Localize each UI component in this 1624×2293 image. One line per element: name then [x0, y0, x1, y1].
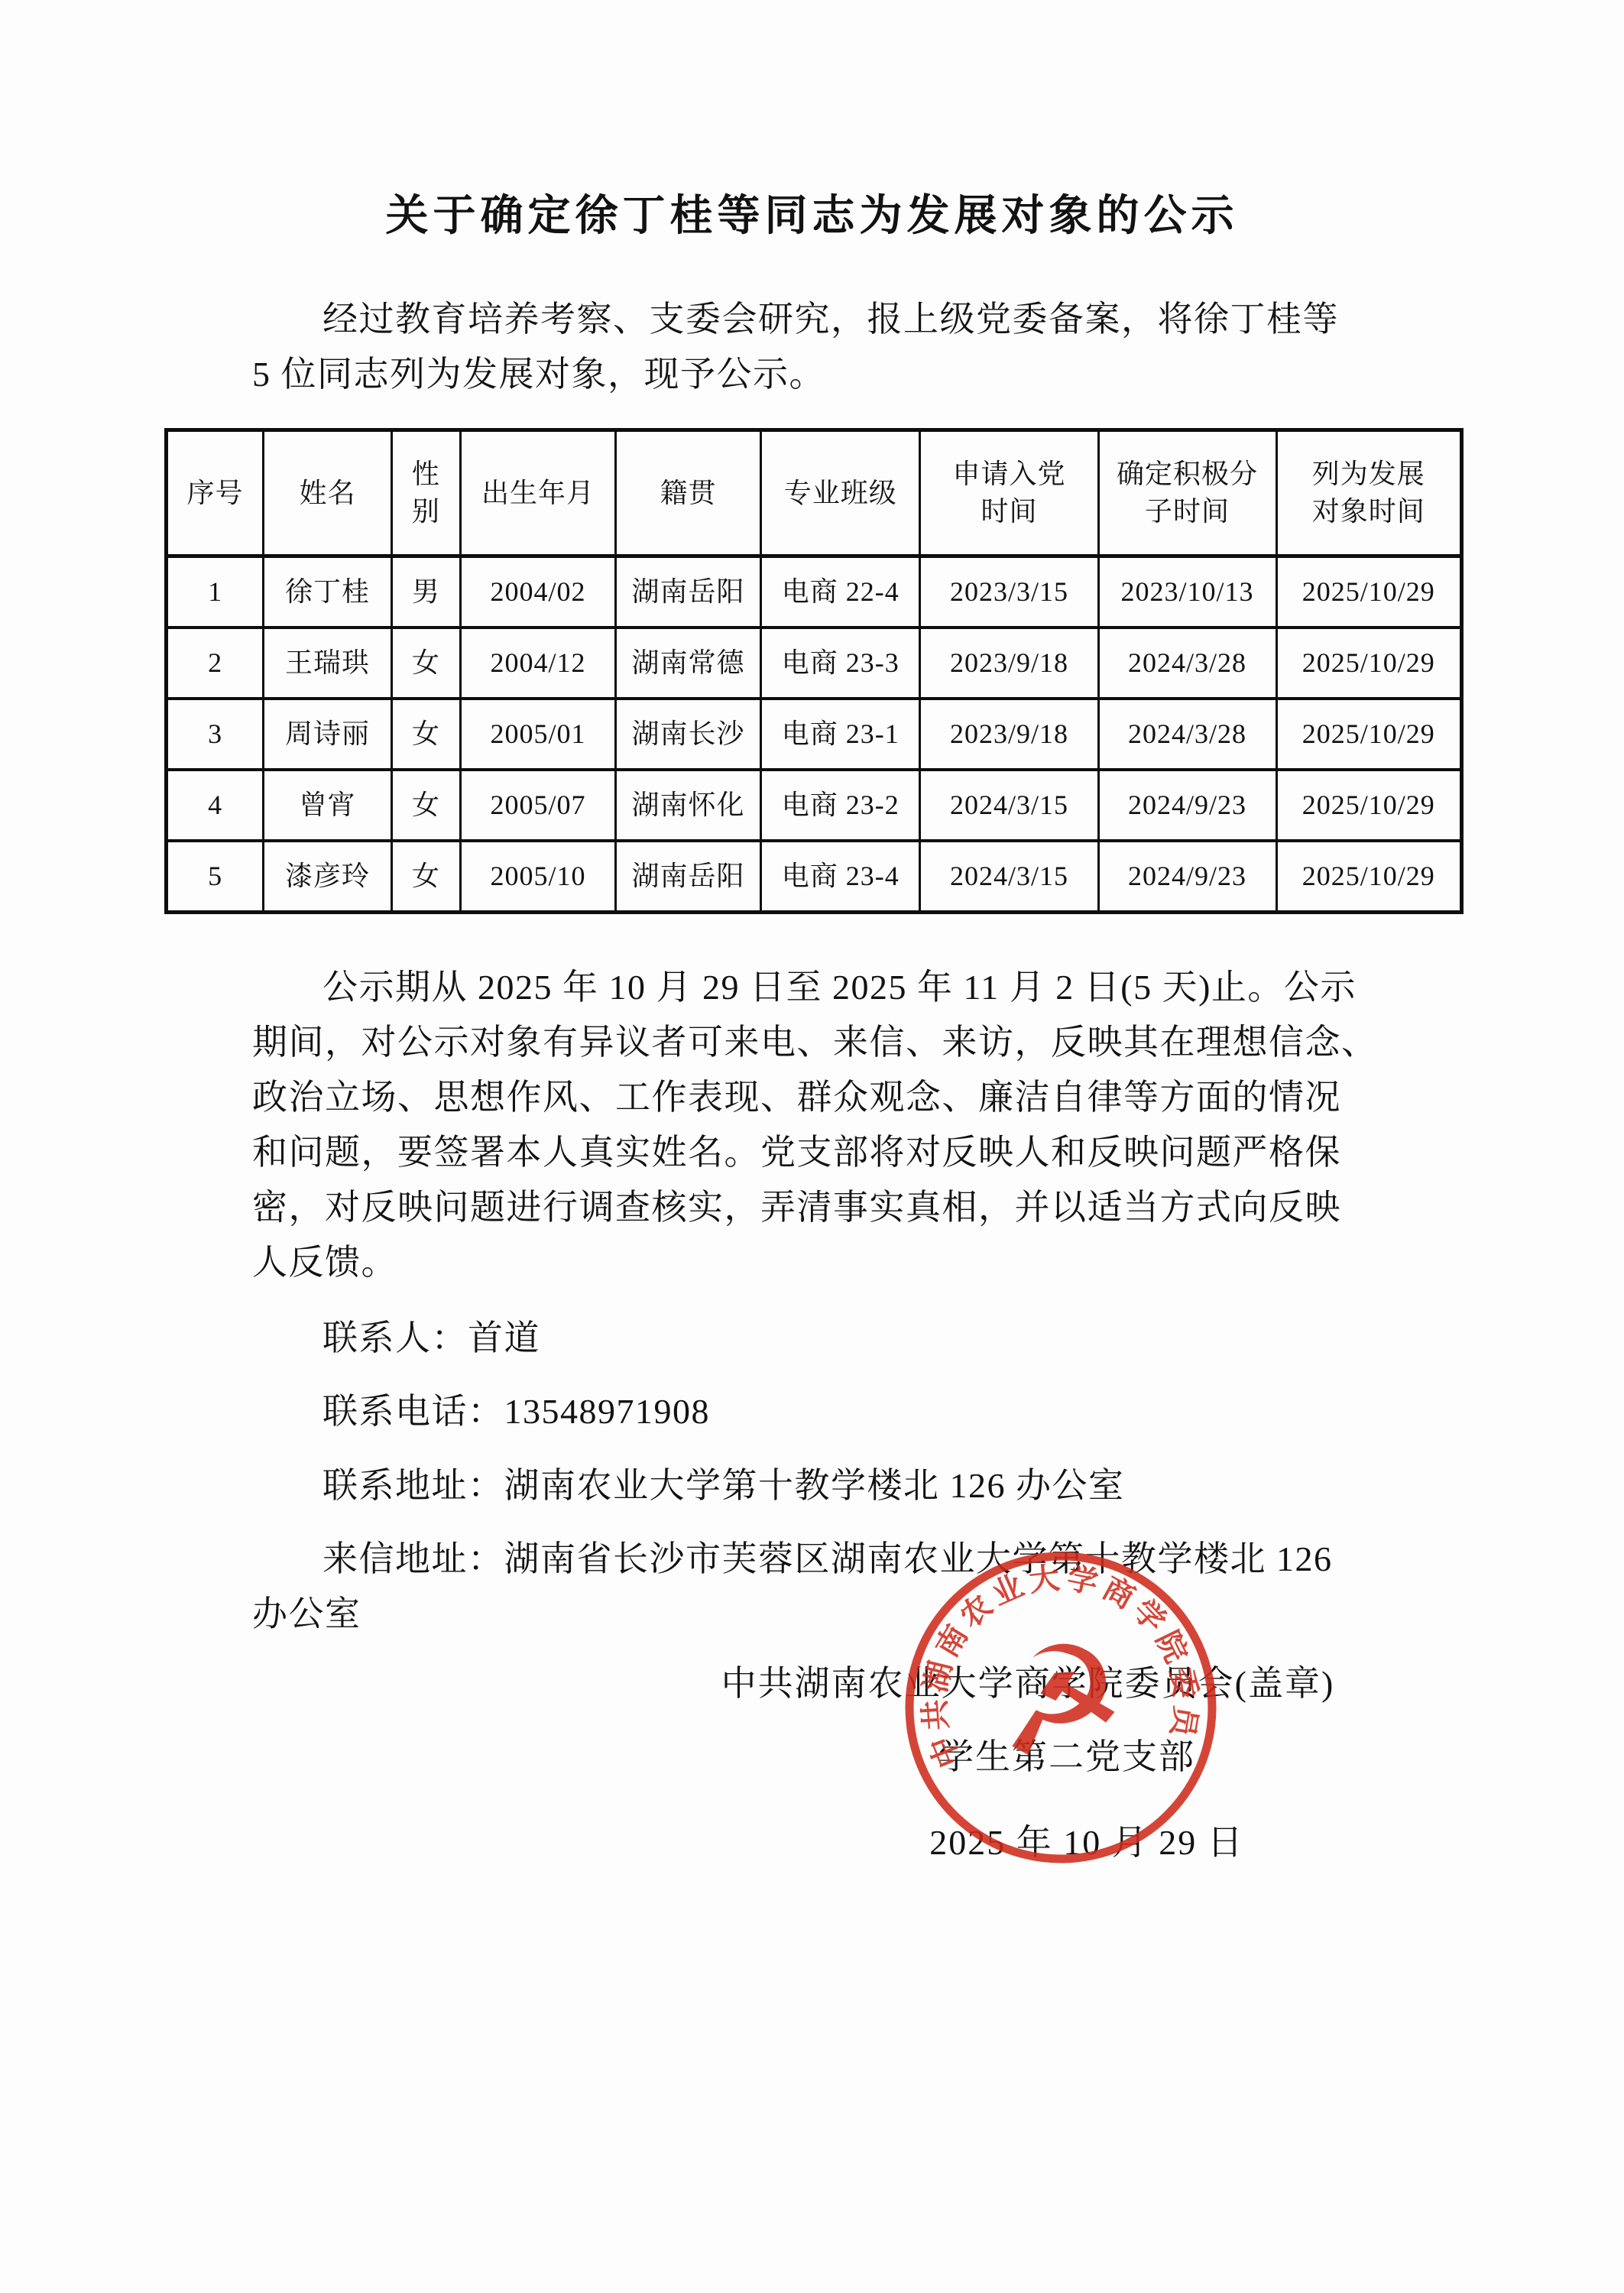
table-cell: 湖南常德	[616, 628, 761, 699]
table-cell: 女	[391, 770, 460, 841]
table-header-row: 序号姓名性 别出生年月籍贯专业班级申请入党 时间确定积极分 子时间列为发展 对象…	[167, 430, 1462, 556]
table-cell: 2024/3/28	[1098, 699, 1276, 770]
table-cell: 2005/07	[460, 770, 615, 841]
table-cell: 曾宵	[264, 770, 392, 841]
contact-address-line: 联系地址：湖南农业大学第十教学楼北 126 办公室	[252, 1464, 1125, 1508]
table-header-cell: 性 别	[391, 430, 460, 556]
table-cell: 2024/9/23	[1098, 841, 1276, 913]
signature-branch-line: 学生第二党支部	[938, 1729, 1195, 1779]
table-cell: 湖南岳阳	[616, 556, 761, 628]
table-cell: 5	[167, 841, 264, 913]
table-cell: 2004/12	[460, 628, 615, 699]
table-cell: 2005/10	[460, 841, 615, 913]
table-header-cell: 申请入党 时间	[920, 430, 1098, 556]
table-row: 2王瑞珙女2004/12湖南常德电商 23-32023/9/182024/3/2…	[167, 628, 1462, 699]
table-cell: 王瑞珙	[264, 628, 392, 699]
table-cell: 2024/3/15	[920, 770, 1098, 841]
table-cell: 徐丁桂	[264, 556, 392, 628]
table-cell: 3	[167, 699, 264, 770]
table-header-cell: 姓名	[264, 430, 392, 556]
table-cell: 2	[167, 628, 264, 699]
table-cell: 男	[391, 556, 460, 628]
roster-table-body: 1徐丁桂男2004/02湖南岳阳电商 22-42023/3/152023/10/…	[167, 556, 1462, 913]
table-header-cell: 确定积极分 子时间	[1098, 430, 1276, 556]
mail-address-paragraph: 来信地址：湖南省长沙市芙蓉区湖南农业大学第十教学楼北 126 办公室	[252, 1532, 1414, 1642]
table-cell: 2024/3/28	[1098, 628, 1276, 699]
table-header-cell: 专业班级	[760, 430, 919, 556]
page-title: 关于确定徐丁桂等同志为发展对象的公示	[0, 182, 1624, 243]
roster-table: 序号姓名性 别出生年月籍贯专业班级申请入党 时间确定积极分 子时间列为发展 对象…	[164, 428, 1464, 914]
table-cell: 女	[391, 841, 460, 913]
contact-person-line: 联系人：首道	[252, 1316, 540, 1361]
table-cell: 电商 23-1	[760, 699, 919, 770]
table-cell: 湖南怀化	[616, 770, 761, 841]
table-cell: 电商 23-4	[760, 841, 919, 913]
intro-paragraph: 经过教育培养考察、支委会研究，报上级党委备案，将徐丁桂等 5 位同志列为发展对象…	[252, 292, 1399, 402]
table-cell: 周诗丽	[264, 699, 392, 770]
table-cell: 2025/10/29	[1276, 556, 1461, 628]
table-row: 1徐丁桂男2004/02湖南岳阳电商 22-42023/3/152023/10/…	[167, 556, 1462, 628]
table-cell: 电商 23-2	[760, 770, 919, 841]
table-cell: 湖南长沙	[616, 699, 761, 770]
table-cell: 2025/10/29	[1276, 770, 1461, 841]
table-header-cell: 出生年月	[460, 430, 615, 556]
table-header-cell: 籍贯	[616, 430, 761, 556]
roster-table-head: 序号姓名性 别出生年月籍贯专业班级申请入党 时间确定积极分 子时间列为发展 对象…	[167, 430, 1462, 556]
table-cell: 2024/3/15	[920, 841, 1098, 913]
table-cell: 2025/10/29	[1276, 841, 1461, 913]
table-cell: 1	[167, 556, 264, 628]
table-row: 3周诗丽女2005/01湖南长沙电商 23-12023/9/182024/3/2…	[167, 699, 1462, 770]
table-cell: 4	[167, 770, 264, 841]
notice-paragraph: 公示期从 2025 年 10 月 29 日至 2025 年 11 月 2 日(5…	[252, 960, 1399, 1290]
table-row: 4曾宵女2005/07湖南怀化电商 23-22024/3/152024/9/23…	[167, 770, 1462, 841]
table-cell: 2023/10/13	[1098, 556, 1276, 628]
table-cell: 2025/10/29	[1276, 628, 1461, 699]
roster-table-wrap: 序号姓名性 别出生年月籍贯专业班级申请入党 时间确定积极分 子时间列为发展 对象…	[164, 428, 1464, 914]
table-cell: 2023/3/15	[920, 556, 1098, 628]
table-cell: 2023/9/18	[920, 699, 1098, 770]
contact-phone-line: 联系电话：13548971908	[252, 1390, 710, 1434]
table-cell: 2004/02	[460, 556, 615, 628]
table-row: 5漆彦玲女2005/10湖南岳阳电商 23-42024/3/152024/9/2…	[167, 841, 1462, 913]
table-cell: 湖南岳阳	[616, 841, 761, 913]
table-cell: 漆彦玲	[264, 841, 392, 913]
table-cell: 电商 22-4	[760, 556, 919, 628]
table-cell: 2024/9/23	[1098, 770, 1276, 841]
announcement-page: 关于确定徐丁桂等同志为发展对象的公示 经过教育培养考察、支委会研究，报上级党委备…	[0, 0, 1624, 2293]
table-header-cell: 列为发展 对象时间	[1276, 430, 1461, 556]
signature-date-line: 2025 年 10 月 29 日	[929, 1815, 1244, 1865]
table-cell: 2023/9/18	[920, 628, 1098, 699]
table-header-cell: 序号	[167, 430, 264, 556]
table-cell: 女	[391, 628, 460, 699]
table-cell: 2025/10/29	[1276, 699, 1461, 770]
table-cell: 电商 23-3	[760, 628, 919, 699]
signature-org-line: 中共湖南农业大学商学院委员会(盖章)	[721, 1656, 1335, 1706]
table-cell: 2005/01	[460, 699, 615, 770]
table-cell: 女	[391, 699, 460, 770]
